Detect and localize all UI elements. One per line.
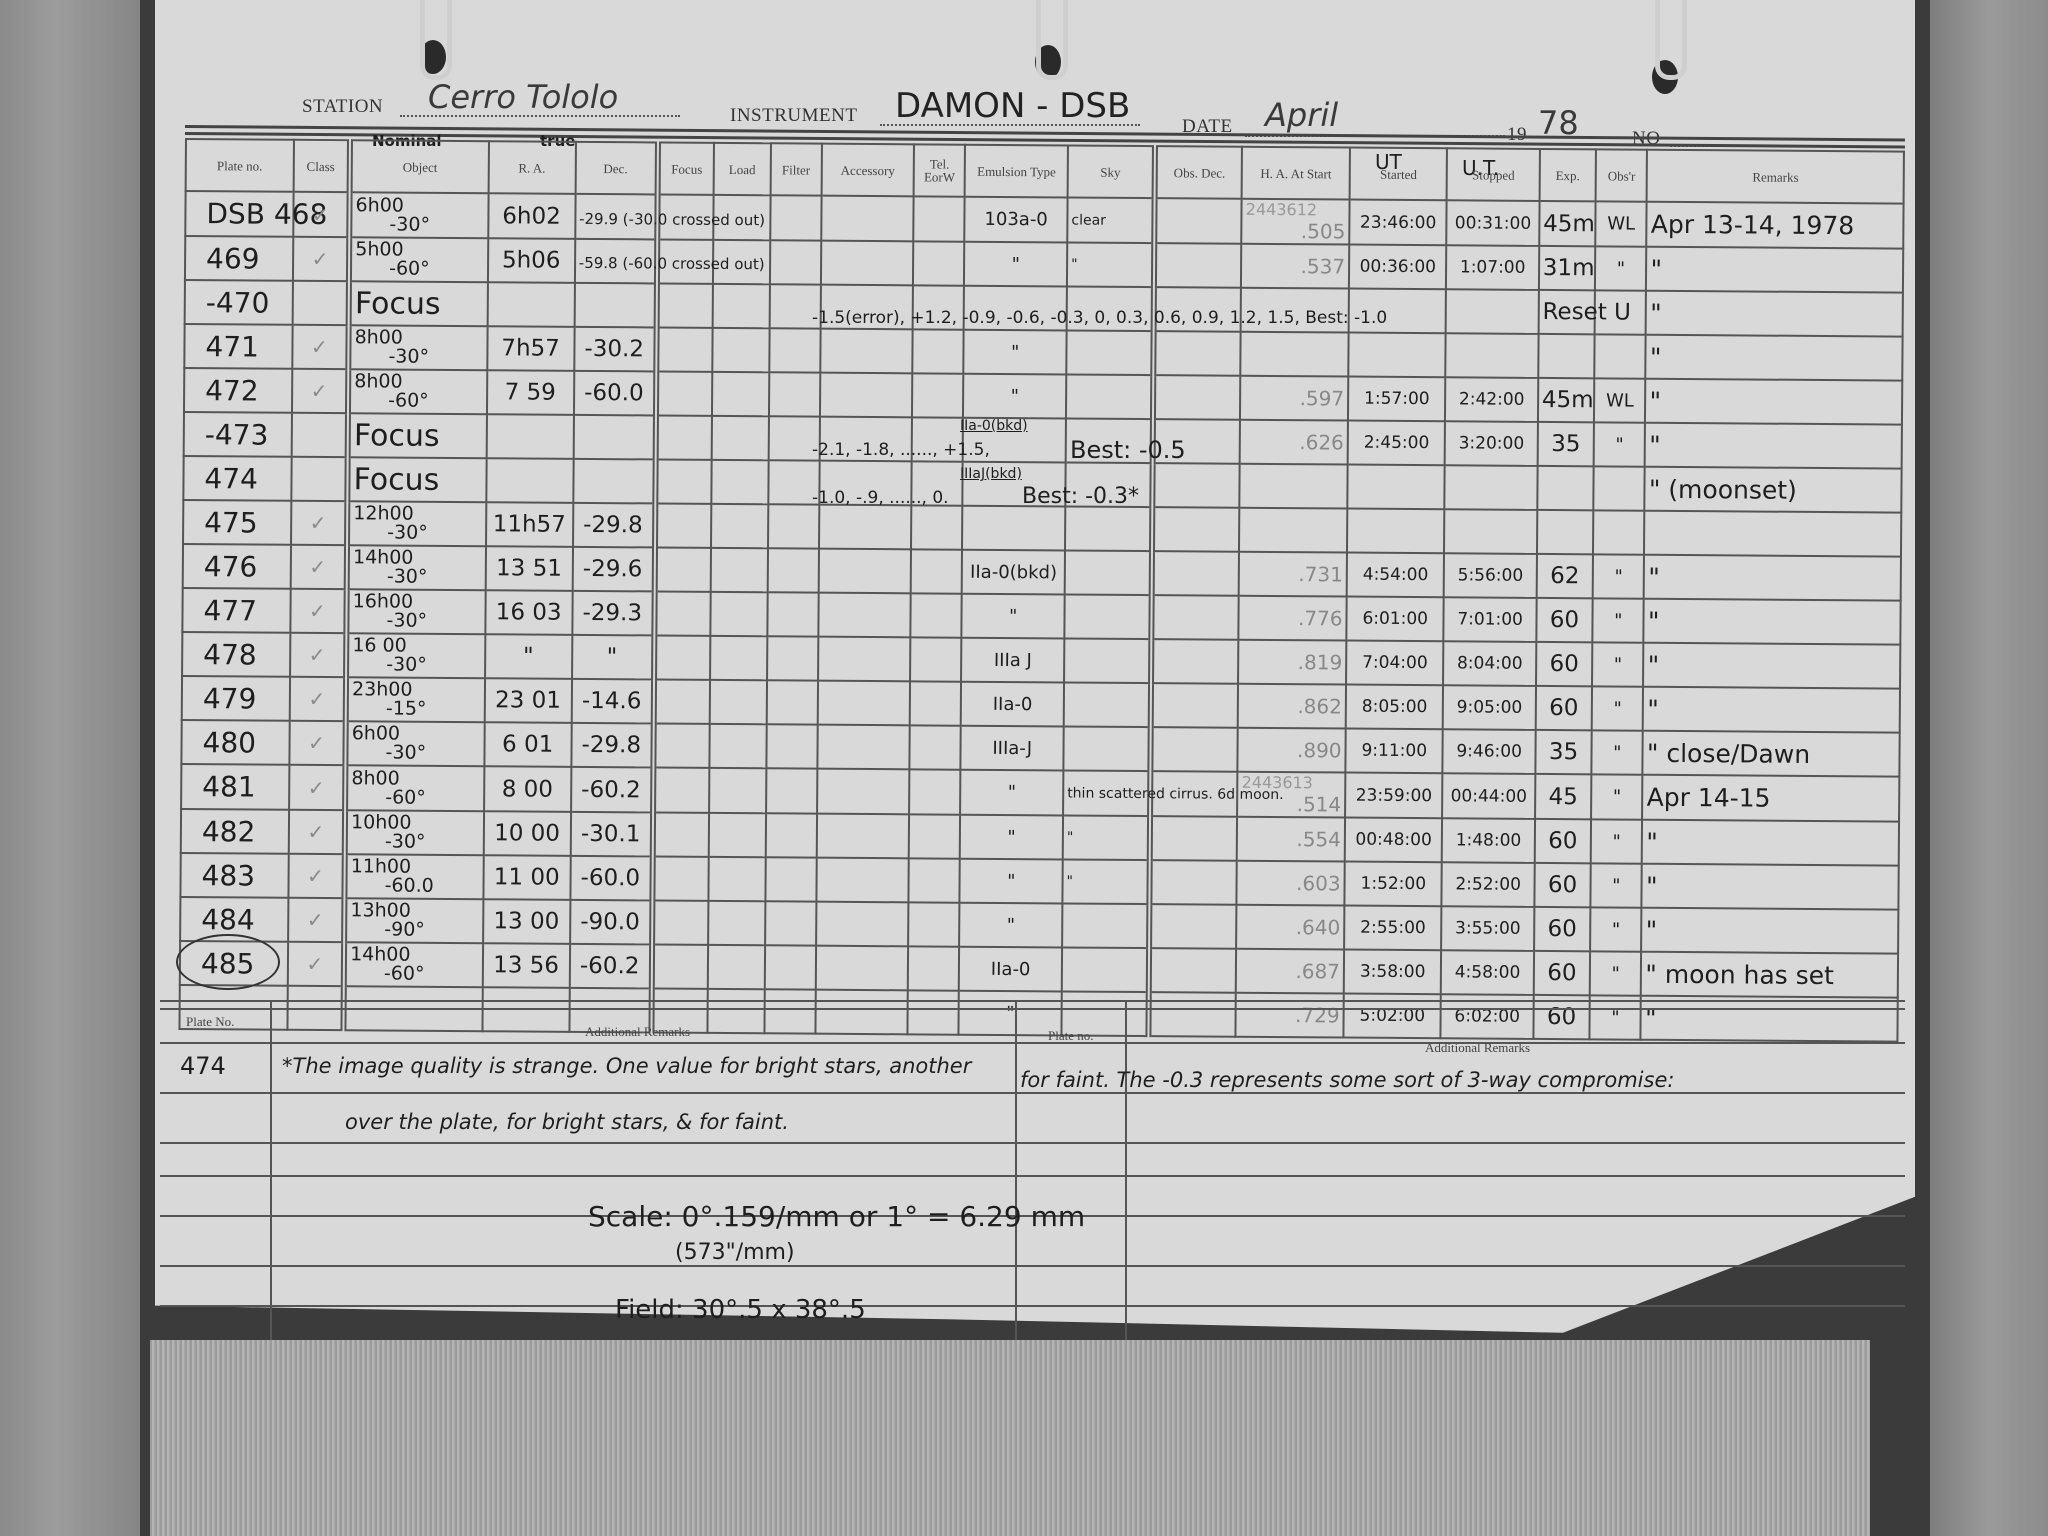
object-cell: 14h00-30° (347, 545, 486, 590)
ha-cell: .554 (1237, 817, 1345, 862)
divider (1125, 1000, 1127, 1340)
accessory-cell (817, 814, 910, 859)
observer-cell (1593, 510, 1645, 554)
remarks-cell: " moon has set (1641, 952, 1898, 998)
exposure-cell: Reset U (1538, 290, 1595, 334)
object-dec-nominal: -60.0 (351, 876, 480, 896)
object-dec-nominal: -60° (355, 259, 484, 279)
remarks-cell: " (1642, 820, 1899, 866)
remarks-cell: Apr 13-14, 1978 (1647, 202, 1904, 249)
load-cell (709, 857, 766, 901)
divider (160, 1008, 1905, 1010)
obs-dec-cell (1152, 463, 1239, 508)
ut-stopped-cell: 1:07:00 (1446, 245, 1539, 290)
class-check-cell: ✓ (287, 942, 344, 986)
remarks-cell: " (1646, 291, 1903, 337)
obs-dec-cell (1150, 816, 1237, 861)
observer-cell: " (1593, 554, 1645, 598)
filter-cell (769, 372, 821, 416)
accessory-cell (816, 946, 909, 991)
plate-no-cell: 482 (181, 809, 289, 854)
focus-cell (652, 944, 709, 988)
col-remarks: Remarks (1647, 150, 1904, 204)
dec-value: -29.8 (581, 732, 641, 758)
remarks-line-2: over the plate, for bright stars, & for … (345, 1110, 789, 1134)
tel-eorw-cell (909, 769, 961, 814)
focus-cell (653, 679, 710, 723)
focus-cell (652, 900, 709, 944)
object-ra-nominal: Focus (354, 418, 440, 454)
ha-cell: 2443612.505 (1242, 199, 1350, 245)
filter-cell (765, 901, 817, 945)
dec-value: -14.6 (582, 688, 642, 714)
obs-dec-cell (1152, 551, 1239, 596)
ha-cell (1239, 508, 1347, 553)
ha-cell: .640 (1236, 905, 1344, 950)
instrument-label: INSTRUMENT (730, 105, 857, 127)
divider (160, 1175, 1905, 1177)
col-object: Object (350, 140, 489, 193)
object-ra-nominal: Focus (353, 462, 439, 498)
ra-cell (486, 414, 573, 459)
dec-cell: -60.0 (570, 856, 652, 901)
col-exp: Exp. (1539, 149, 1596, 201)
emulsion-cell: " (962, 594, 1065, 639)
divider (1015, 1000, 1017, 1340)
plate-no-cell: DSB 468 (185, 191, 293, 237)
ra-cell: 16 03 (485, 590, 572, 635)
ut-started-cell: 2:45:00 (1348, 421, 1446, 466)
ra-cell: 11 00 (483, 855, 570, 900)
ut-started-cell: 7:04:00 (1346, 641, 1444, 686)
focus-cell (653, 812, 710, 856)
obs-dec-cell (1154, 243, 1241, 288)
accessory-cell (816, 902, 909, 947)
julian-date-fraction: .626 (1299, 430, 1344, 454)
emulsion-note-473: IIa-0(bkd) (960, 418, 1028, 434)
remarks-cell: " (1645, 379, 1902, 425)
dec-cell: -14.6 (571, 679, 653, 724)
obs-dec-cell (1151, 727, 1238, 772)
col-obs-dec: Obs. Dec. (1155, 146, 1243, 199)
exposure-cell (1537, 510, 1594, 554)
remarks-cell: " (1644, 555, 1901, 601)
dec-cell: -29.9 (-30.0 crossed out) (575, 194, 657, 240)
filter-cell (764, 945, 816, 989)
julian-date-fraction: .603 (1296, 871, 1341, 895)
observer-cell: " (1592, 642, 1644, 686)
ut-started-cell: 4:54:00 (1347, 553, 1445, 598)
exposure-cell: 62 (1536, 554, 1593, 598)
observer-cell: WL (1594, 378, 1646, 422)
emulsion-cell (962, 506, 1065, 551)
load-cell (712, 372, 769, 416)
ut-started-cell (1347, 509, 1445, 554)
object-dec-nominal: -60° (350, 964, 479, 984)
col-ut-stopped: Stopped (1447, 148, 1540, 201)
focus-cell (655, 415, 712, 459)
divider (160, 1092, 1905, 1094)
load-cell (711, 504, 768, 548)
observer-cell (1594, 334, 1646, 378)
emulsion-cell: " (960, 770, 1063, 816)
focus-best-473: Best: -0.5 (1070, 436, 1186, 464)
load-cell (710, 680, 767, 724)
col-filter: Filter (770, 143, 822, 195)
ut-stopped-cell: 4:58:00 (1441, 950, 1534, 995)
remarks-cell: " (1645, 423, 1902, 469)
ut-started-cell: 23:46:00 (1349, 200, 1447, 246)
accessory-cell (819, 549, 912, 594)
ut-stopped-cell: 00:44:00 (1443, 773, 1536, 819)
class-check-cell (292, 281, 349, 325)
focus-cell (656, 371, 713, 415)
class-check-cell: ✓ (289, 765, 346, 810)
sky-cell (1063, 726, 1150, 771)
observer-cell: " (1590, 907, 1642, 951)
accessory-cell (820, 329, 913, 374)
ut-stopped-cell: 9:05:00 (1443, 685, 1536, 730)
observer-cell (1595, 290, 1647, 334)
ra-cell: 13 00 (483, 899, 570, 944)
remarks-cell: " (1646, 335, 1903, 381)
ha-cell (1240, 464, 1348, 509)
ra-cell: 11h57 (486, 502, 573, 547)
object-cell: 8h00-30° (348, 325, 487, 370)
class-check-cell: ✓ (291, 501, 348, 545)
tel-eorw-cell (912, 373, 964, 417)
tel-eorw-cell (911, 505, 963, 549)
object-ra-nominal: Focus (355, 286, 441, 322)
remarks-header-left: Additional Remarks (585, 1024, 690, 1040)
tel-eorw-cell (909, 814, 961, 858)
plate-no-cell: 471 (184, 324, 292, 369)
ut-stopped-cell: 1:48:00 (1442, 818, 1535, 863)
accessory-cell (819, 505, 912, 550)
object-cell: Focus (348, 413, 487, 458)
dec-value: -90.0 (580, 909, 640, 935)
emulsion-cell: " (960, 815, 1063, 860)
object-cell: 14h00-60° (344, 942, 483, 987)
filter-cell (766, 768, 818, 813)
sky-cell (1064, 594, 1151, 639)
julian-date-fraction: .640 (1296, 915, 1341, 939)
tel-eorw-cell (912, 329, 964, 373)
ut-started-cell: 1:52:00 (1344, 862, 1442, 907)
col-tel-eorw: Tel. EorW (914, 144, 966, 196)
filter-cell (765, 857, 817, 901)
class-check-cell: ✓ (288, 898, 345, 942)
tel-eorw-cell (911, 549, 963, 593)
focus-series-474: -1.0, -.9, ......, 0. (812, 488, 949, 508)
col-emulsion-type: Emulsion Type (965, 145, 1068, 198)
object-dec-nominal: -90° (350, 920, 479, 940)
station-value: Cerro Tololo (428, 78, 618, 116)
binder-ring (1036, 0, 1068, 80)
load-cell (710, 724, 767, 768)
plate-no-cell: 483 (180, 853, 288, 898)
remarks-line-1-left: *The image quality is strange. One value… (282, 1054, 971, 1078)
accessory-cell (817, 725, 910, 770)
dec-value: -60.2 (581, 776, 641, 802)
object-cell: 10h00-30° (345, 810, 484, 855)
filter-cell (767, 548, 819, 592)
ra-cell: " (485, 634, 572, 679)
exposure-cell: 60 (1536, 598, 1593, 642)
focus-cell (653, 767, 710, 812)
ut-stopped-cell: 9:46:00 (1443, 729, 1536, 774)
ha-cell: .731 (1239, 552, 1347, 597)
obs-dec-cell (1153, 375, 1240, 420)
remarks-cell (1644, 511, 1901, 557)
ha-cell: .687 (1236, 949, 1344, 994)
object-dec-nominal: -30° (352, 655, 481, 675)
object-dec-nominal: -30° (351, 832, 480, 852)
focus-best-474: Best: -0.3* (1022, 484, 1139, 509)
dec-cell: -60.0 (574, 371, 656, 416)
julian-date-fraction: .537 (1301, 254, 1346, 278)
ra-cell: 13 51 (485, 546, 572, 591)
accessory-cell (820, 373, 913, 418)
accessory-cell (818, 681, 911, 726)
ut-started-cell: 23:59:00 (1345, 773, 1443, 819)
tel-eorw-cell (908, 902, 960, 946)
exposure-cell: 60 (1534, 863, 1591, 907)
class-check-cell: ✓ (288, 854, 345, 898)
ut-started-cell (1347, 465, 1445, 510)
remarks-cell: " (1643, 643, 1900, 689)
class-check-cell: ✓ (290, 633, 347, 677)
filter-cell (770, 195, 822, 240)
dec-cell: -90.0 (570, 900, 652, 945)
sky-cell (1064, 682, 1151, 727)
plate-no-cell: 476 (183, 544, 291, 589)
divider (160, 1265, 1905, 1267)
plate-485-circle (176, 934, 280, 990)
dec-cell: -30.1 (570, 812, 652, 857)
dec-cell: -60.2 (571, 767, 653, 813)
emulsion-cell: IIa-0 (961, 682, 1064, 727)
obs-dec-cell (1149, 904, 1236, 949)
scale-note: Scale: 0°.159/mm or 1° = 6.29 mm (588, 1200, 1085, 1233)
col-ra: R. A. (488, 141, 576, 194)
obs-dec-cell (1149, 948, 1236, 993)
sky-cell (1066, 330, 1153, 375)
julian-date: 2443613 (1242, 773, 1342, 793)
class-check-cell: ✓ (292, 369, 349, 413)
exposure-cell: 60 (1534, 951, 1591, 995)
exposure-cell: 60 (1534, 819, 1591, 863)
remarks-header-right: Additional Remarks (1425, 1040, 1530, 1056)
object-cell: 8h00-60° (348, 369, 487, 414)
col-ut-started: Started (1350, 148, 1448, 201)
ra-cell: 10 00 (483, 811, 570, 856)
julian-date-fraction: .819 (1298, 650, 1343, 674)
class-check-cell: ✓ (292, 325, 349, 369)
dec-value: -60.0 (584, 380, 644, 406)
remarks-cell: " (1644, 599, 1901, 645)
observer-cell (1593, 466, 1645, 510)
remarks-cell: " (1643, 687, 1900, 733)
load-cell (712, 416, 769, 460)
filter-cell (769, 328, 821, 372)
object-cell: 16 00-30° (346, 633, 485, 678)
focus-series-470: -1.5(error), +1.2, -0.9, -0.6, -0.3, 0, … (812, 308, 1387, 328)
ha-cell: .819 (1238, 640, 1346, 685)
observer-cell: " (1594, 422, 1646, 466)
ha-cell: .597 (1240, 376, 1348, 421)
sky-cell (1065, 550, 1152, 595)
sky-cell (1062, 903, 1149, 948)
dec-cell: -29.8 (571, 723, 653, 768)
plate-no-cell: 479 (182, 676, 290, 721)
sky-cell: " (1062, 859, 1149, 904)
focus-cell (657, 239, 714, 283)
obs-dec-cell (1154, 198, 1241, 244)
ra-cell: 7h57 (487, 326, 574, 371)
ut-stopped-cell: 2:52:00 (1442, 862, 1535, 907)
exposure-cell: 60 (1536, 642, 1593, 686)
load-cell (713, 240, 770, 284)
julian-date-fraction: .505 (1301, 219, 1346, 243)
plate-no-cell: 472 (184, 368, 292, 413)
ha-cell (1241, 332, 1349, 377)
dec-value: -60.2 (580, 953, 640, 979)
emulsion-cell: 103a-0 (965, 197, 1068, 243)
observer-cell: " (1591, 774, 1643, 819)
divider (160, 1000, 1905, 1002)
filter-cell (768, 504, 820, 548)
class-check-cell: ✓ (290, 589, 347, 633)
accessory-cell (817, 769, 910, 815)
dec-cell (573, 459, 655, 504)
object-dec-nominal: -30° (355, 215, 484, 235)
emulsion-note-474: IIIaJ(bkd) (960, 466, 1022, 482)
sky-cell (1062, 947, 1149, 992)
ut-stopped-cell: 00:31:00 (1447, 200, 1540, 246)
object-dec-nominal: -60° (351, 788, 480, 808)
focus-cell (653, 723, 710, 767)
dec-value: -30.1 (581, 821, 641, 847)
ra-cell: 8 00 (484, 766, 571, 812)
emulsion-cell: IIIa J (961, 638, 1064, 683)
object-dec-nominal: -15° (352, 699, 481, 719)
wood-background-left (0, 0, 140, 1536)
ra-cell: 6 01 (484, 722, 571, 767)
plate-no-cell: 474 (183, 456, 291, 501)
obs-dec-cell (1151, 683, 1238, 728)
ut-stopped-cell: 7:01:00 (1444, 597, 1537, 642)
ut-stopped-cell (1445, 465, 1538, 510)
divider (160, 1305, 1905, 1307)
remarks-cell: " (1642, 864, 1899, 910)
plate-no-cell: 469 (185, 236, 293, 281)
ut-stopped-cell: 2:42:00 (1445, 377, 1538, 422)
emulsion-cell: " (964, 330, 1067, 375)
ut-started-cell: 8:05:00 (1346, 685, 1444, 730)
remarks-cell: " (1642, 908, 1899, 954)
instrument-value: DAMON - DSB (895, 86, 1130, 126)
binder-ring (1655, 0, 1687, 80)
emulsion-cell: IIIa-J (961, 726, 1064, 771)
ut-stopped-cell: 3:20:00 (1445, 421, 1538, 466)
observer-cell: " (1591, 819, 1643, 863)
load-cell (711, 592, 768, 636)
plate-no-cell: 480 (181, 720, 289, 765)
load-cell (713, 195, 770, 240)
filter-cell (767, 636, 819, 680)
exposure-cell: 60 (1534, 907, 1591, 951)
tel-eorw-cell (913, 241, 965, 285)
ut-stopped-cell (1444, 509, 1537, 554)
object-cell: 6h00-30° (349, 192, 488, 238)
ut-started-cell (1348, 333, 1446, 378)
remarks-plate-474: 474 (180, 1052, 226, 1080)
load-cell (712, 460, 769, 504)
class-check-cell: ✓ (288, 810, 345, 854)
additional-remarks-section: Plate No. Additional Remarks Plate no. A… (160, 1000, 1905, 1350)
exposure-cell: 35 (1537, 422, 1594, 466)
julian-date-fraction: .554 (1296, 827, 1341, 851)
object-cell: 8h00-60° (345, 765, 484, 811)
sky-cell (1066, 374, 1153, 419)
tel-eorw-cell (910, 637, 962, 681)
observer-cell: " (1590, 951, 1642, 995)
class-check-cell (291, 457, 348, 501)
focus-cell (654, 635, 711, 679)
emulsion-cell: " (960, 859, 1063, 904)
col-observer: Obs'r (1596, 149, 1648, 201)
ha-cell: .603 (1237, 861, 1345, 906)
ra-cell: 13 56 (482, 943, 569, 988)
accessory-cell (818, 637, 911, 682)
focus-cell (655, 503, 712, 547)
emulsion-cell: " (963, 374, 1066, 419)
ha-cell: .776 (1239, 596, 1347, 641)
object-cell: 23h00-15° (346, 677, 485, 722)
sky-cell: " (1063, 815, 1150, 860)
filter-cell (766, 724, 818, 768)
observer-cell: " (1592, 686, 1644, 730)
focus-cell (655, 459, 712, 503)
load-cell (713, 284, 770, 328)
filter-cell (770, 240, 822, 284)
julian-date: 2443612 (1246, 200, 1346, 220)
class-check-cell: ✓ (293, 192, 350, 237)
exposure-cell: 31m (1539, 246, 1596, 290)
ut-stopped-cell: 5:56:00 (1444, 553, 1537, 598)
dec-cell (573, 415, 655, 460)
ut-stopped-cell (1446, 333, 1539, 378)
class-check-cell: ✓ (290, 545, 347, 589)
dec-cell (574, 283, 656, 328)
dec-cell: -60.2 (569, 944, 651, 989)
remarks-line-1-right: for faint. The -0.3 represents some sort… (1020, 1068, 1674, 1092)
remarks-cell: " (1646, 247, 1903, 293)
exposure-cell: 45m (1538, 378, 1595, 422)
observer-cell: " (1593, 598, 1645, 642)
filter-cell (766, 680, 818, 724)
observer-cell: WL (1595, 201, 1647, 246)
dec-cell: -29.8 (573, 503, 655, 548)
ha-cell: .890 (1238, 728, 1346, 773)
col-dec: Dec. (575, 142, 657, 195)
ra-cell: 7 59 (487, 370, 574, 415)
julian-date-fraction: .862 (1297, 694, 1342, 718)
dec-value: -30.2 (584, 336, 644, 362)
accessory-cell (821, 241, 914, 286)
col-focus: Focus (657, 142, 714, 194)
